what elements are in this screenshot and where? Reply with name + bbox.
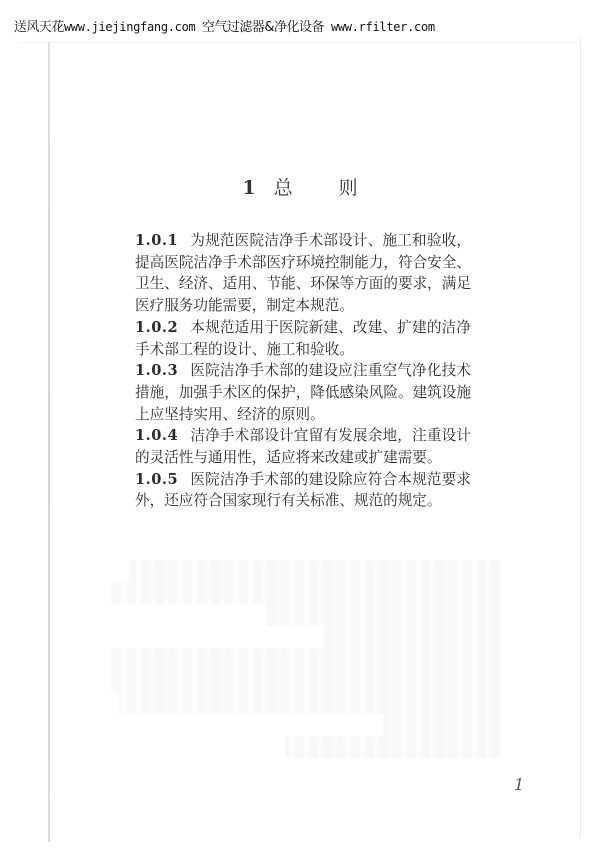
page-top-edge (20, 42, 580, 43)
clause-list: 1.0.1为规范医院洁净手术部设计、施工和验收，提高医院洁净手术部医疗环境控制能… (135, 230, 471, 512)
clause-1-0-1: 1.0.1为规范医院洁净手术部设计、施工和验收，提高医院洁净手术部医疗环境控制能… (135, 230, 471, 317)
watermark-right-cn: 空气过滤器&净化设备 (202, 20, 324, 35)
page-spine-shadow (48, 42, 50, 842)
watermark-right: 空气过滤器&净化设备 www.rfilter.com (188, 0, 435, 18)
clause-1-0-5: 1.0.5医院洁净手术部的建设除应符合本规范要求外，还应符合国家现行有关标准、规… (135, 469, 471, 512)
clause-number: 1.0.3 (135, 362, 178, 379)
clause-text: 医院洁净手术部的建设除应符合本规范要求外，还应符合国家现行有关标准、规范的规定。 (135, 471, 471, 510)
chapter-title: 1总则 (0, 173, 600, 200)
clause-1-0-3: 1.0.3医院洁净手术部的建设应注重空气净化技术措施，加强手术区的保护，降低感染… (135, 360, 471, 425)
clause-number: 1.0.1 (135, 232, 178, 249)
clause-1-0-4: 1.0.4洁净手术部设计宜留有发展余地，注重设计的灵活性与通用性，适应将来改建或… (135, 425, 471, 468)
watermark-right-url[interactable]: www.rfilter.com (331, 20, 435, 34)
watermark-left-url[interactable]: www.jiejingfang.com (64, 20, 196, 34)
bleed-through-texture (110, 560, 500, 758)
clause-text: 本规范适用于医院新建、改建、扩建的洁净手术部工程的设计、施工和验收。 (135, 319, 471, 358)
page-right-edge (580, 38, 581, 838)
chapter-title-char-1: 总 (274, 177, 293, 199)
clause-text: 医院洁净手术部的建设应注重空气净化技术措施，加强手术区的保护，降低感染风险。建筑… (135, 362, 471, 422)
chapter-number: 1 (242, 177, 255, 199)
watermark-left-cn: 送风天花 (14, 20, 64, 35)
clause-number: 1.0.5 (135, 471, 178, 488)
clause-number: 1.0.2 (135, 319, 178, 336)
clause-text: 洁净手术部设计宜留有发展余地，注重设计的灵活性与通用性，适应将来改建或扩建需要。 (135, 427, 471, 466)
clause-number: 1.0.4 (135, 427, 178, 444)
chapter-title-char-2: 则 (339, 177, 358, 199)
page-number: 1 (514, 775, 524, 794)
clause-text: 为规范医院洁净手术部设计、施工和验收，提高医院洁净手术部医疗环境控制能力，符合安… (135, 232, 471, 314)
watermark-left: 送风天花www.jiejingfang.com (0, 0, 195, 18)
clause-1-0-2: 1.0.2本规范适用于医院新建、改建、扩建的洁净手术部工程的设计、施工和验收。 (135, 317, 471, 360)
